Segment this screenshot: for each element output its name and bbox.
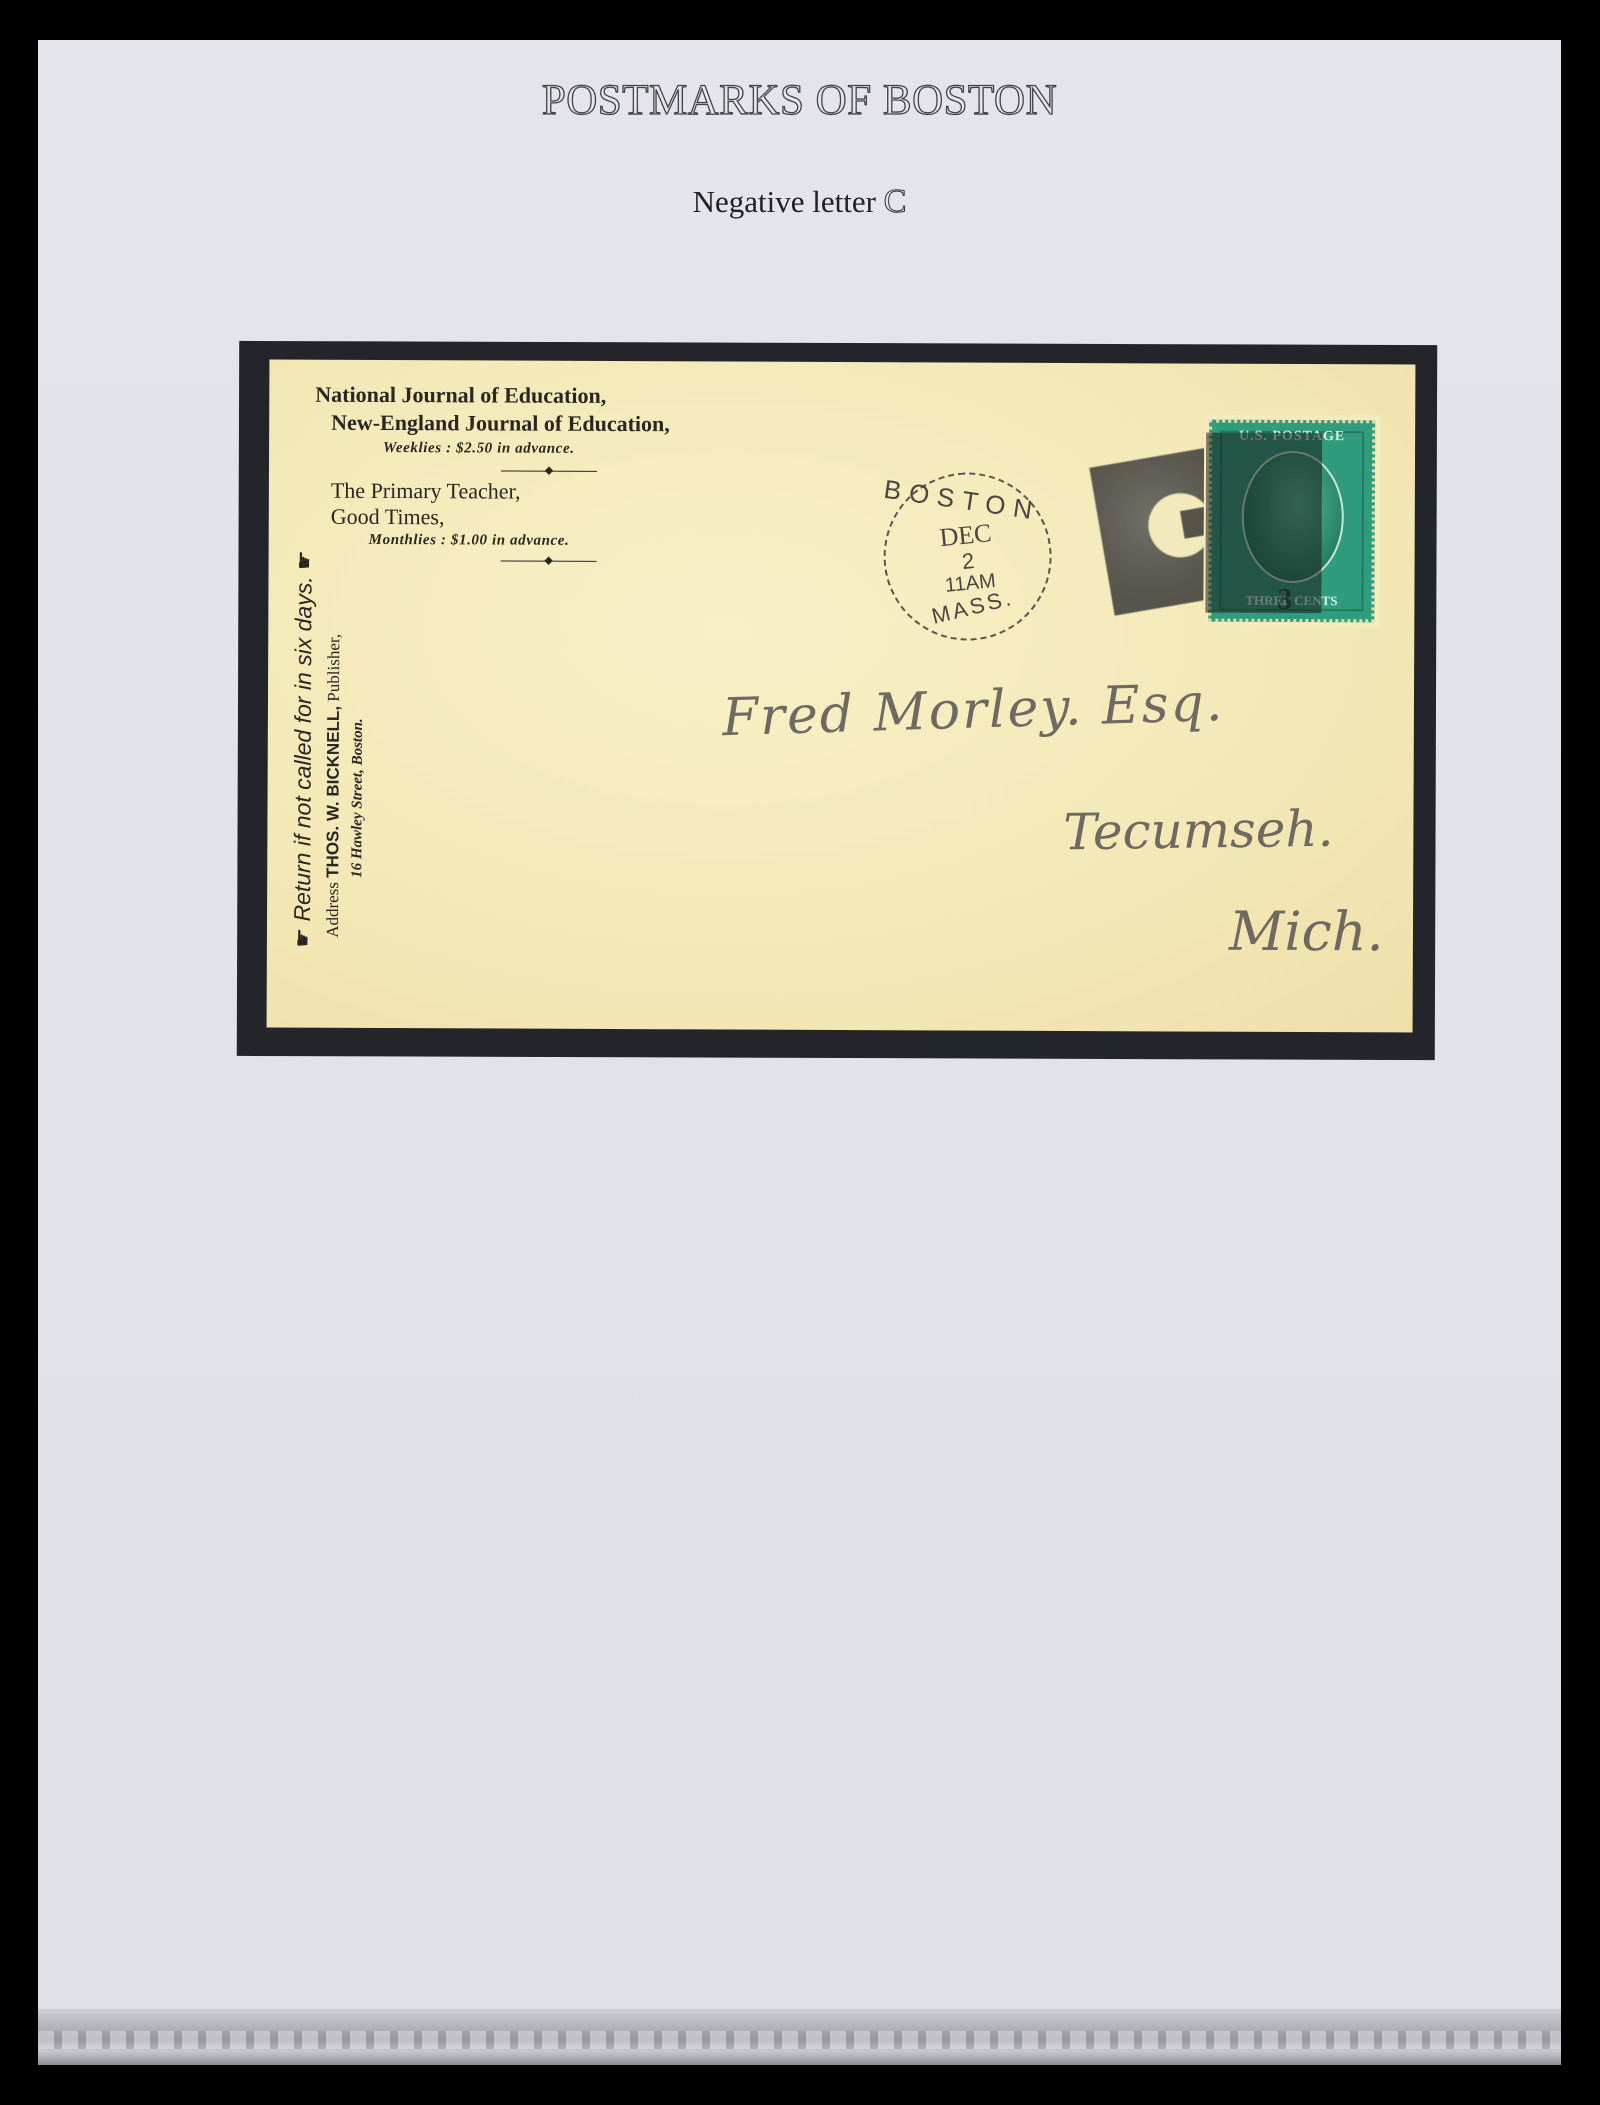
publisher-name: THOS. W. BICKNELL,: [323, 706, 343, 878]
publisher-role: Publisher,: [324, 634, 343, 702]
publisher-line: Address THOS. W. BICKNELL, Publisher,: [323, 634, 344, 938]
ornament-rule: [501, 471, 597, 472]
address-line-3: Mich.: [1229, 900, 1384, 964]
return-notice-text: Return if not called for in six days.: [289, 576, 317, 921]
corner-card-line-3: Weeklies : $2.50 in advance.: [383, 440, 575, 458]
address-prefix: Address: [323, 882, 342, 938]
corner-card-line-1: National Journal of Education,: [315, 382, 606, 409]
cover-envelope: National Journal of Education, New-Engla…: [267, 360, 1416, 1033]
postage-stamp: U.S. POSTAGE THREE CENTS 3: [1208, 420, 1375, 623]
circular-date-stamp: BOSTON DEC 2 11AM MASS.: [876, 465, 1060, 649]
binder-strip: [38, 2009, 1561, 2065]
page-title: POSTMARKS OF BOSTON: [38, 76, 1561, 125]
pointing-hand-icon: ☛: [290, 928, 315, 948]
return-notice: ☛ Return if not called for in six days. …: [289, 550, 318, 948]
pointing-hand-icon: ☛: [292, 550, 317, 570]
corner-card-line-5: Good Times,: [331, 504, 445, 530]
publisher-street: 16 Hawley Street, Boston.: [349, 718, 367, 878]
page-subtitle: Negative letter C: [38, 183, 1561, 221]
corner-card-line-2: New-England Journal of Education,: [331, 410, 670, 437]
binder-holes: [38, 2031, 1561, 2049]
address-line-1: Fred Morley. Esq.: [721, 673, 1225, 748]
corner-card-line-4: The Primary Teacher,: [331, 478, 521, 505]
subtitle-text: Negative letter: [693, 184, 876, 219]
cancel-overlay: [1205, 433, 1322, 614]
address-line-2: Tecumseh.: [1063, 800, 1334, 862]
corner-card-line-6: Monthlies : $1.00 in advance.: [369, 532, 570, 550]
ornament-rule: [501, 561, 597, 562]
subtitle-letter: C: [884, 183, 907, 220]
